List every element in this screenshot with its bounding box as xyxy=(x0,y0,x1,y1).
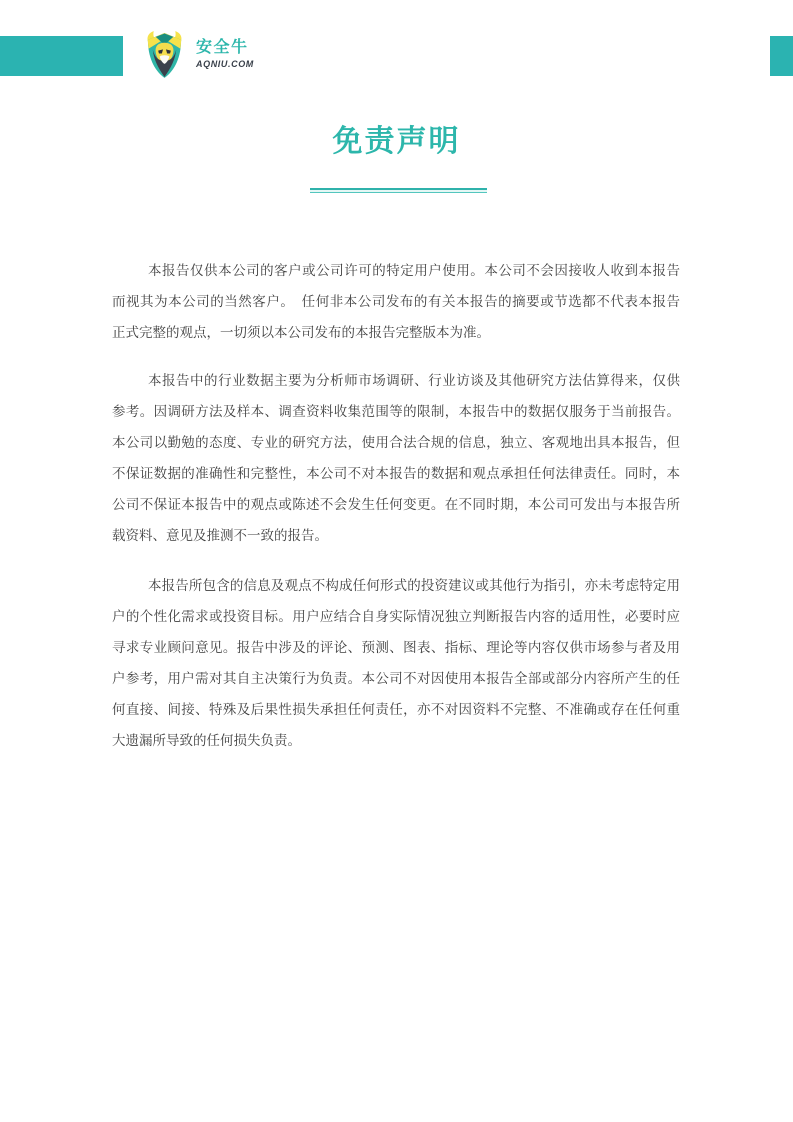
paragraph-line: 载资料、意见及推测不一致的报告。 xyxy=(112,520,680,551)
paragraph-line: 何直接、间接、特殊及后果性损失承担任何责任，亦不对因资料不完整、不准确或存在任何… xyxy=(112,694,680,725)
paragraph: 本报告所包含的信息及观点不构成任何形式的投资建议或其他行为指引，亦未考虑特定用户… xyxy=(112,570,680,756)
paragraph-line: 本报告中的行业数据主要为分析师市场调研、行业访谈及其他研究方法估算得来，仅供 xyxy=(112,365,680,396)
paragraph-line: 正式完整的观点，一切须以本公司发布的本报告完整版本为准。 xyxy=(112,317,680,348)
paragraph-line: 不保证数据的准确性和完整性，本公司不对本报告的数据和观点承担任何法律责任。同时，… xyxy=(112,458,680,489)
header-left-bar xyxy=(0,36,123,76)
paragraph-line: 公司不保证本报告中的观点或陈述不会发生任何变更。在不同时期，本公司可发出与本报告… xyxy=(112,489,680,520)
paragraph-line: 户参考，用户需对其自主决策行为负责。本公司不对因使用本报告全部或部分内容所产生的… xyxy=(112,663,680,694)
page-title: 免责声明 xyxy=(0,125,793,159)
brand-text: 安全牛 AQNIU.COM xyxy=(196,30,254,79)
paragraph-line: 大遗漏所导致的任何损失负责。 xyxy=(112,725,680,756)
brand-logo: 安全牛 AQNIU.COM xyxy=(144,30,254,79)
brand-domain: AQNIU.COM xyxy=(196,60,254,69)
paragraph-line: 本公司以勤勉的态度、专业的研究方法，使用合法合规的信息，独立、客观地出具本报告，… xyxy=(112,427,680,458)
paragraph: 本报告仅供本公司的客户或公司许可的特定用户使用。本公司不会因接收人收到本报告而视… xyxy=(112,255,680,348)
title-divider xyxy=(310,188,487,193)
paragraph: 本报告中的行业数据主要为分析师市场调研、行业访谈及其他研究方法估算得来，仅供参考… xyxy=(112,365,680,551)
brand-name: 安全牛 xyxy=(196,40,254,56)
header-right-bar xyxy=(770,36,793,76)
paragraph-line: 本报告仅供本公司的客户或公司许可的特定用户使用。本公司不会因接收人收到本报告 xyxy=(112,255,680,286)
paragraph-line: 寻求专业顾问意见。报告中涉及的评论、预测、图表、指标、理论等内容仅供市场参与者及… xyxy=(112,632,680,663)
paragraph-line: 参考。因调研方法及样本、调查资料收集范围等的限制，本报告中的数据仅服务于当前报告… xyxy=(112,396,680,427)
page: { "colors": { "teal_bar": "#2BB3B1", "br… xyxy=(0,0,793,1122)
bull-shield-icon xyxy=(144,30,185,79)
paragraph-line: 而视其为本公司的当然客户。 任何非本公司发布的有关本报告的摘要或节选都不代表本报… xyxy=(112,286,680,317)
paragraph-line: 户的个性化需求或投资目标。用户应结合自身实际情况独立判断报告内容的适用性，必要时… xyxy=(112,601,680,632)
paragraph-line: 本报告所包含的信息及观点不构成任何形式的投资建议或其他行为指引，亦未考虑特定用 xyxy=(112,570,680,601)
disclaimer-body: 本报告仅供本公司的客户或公司许可的特定用户使用。本公司不会因接收人收到本报告而视… xyxy=(112,255,680,773)
